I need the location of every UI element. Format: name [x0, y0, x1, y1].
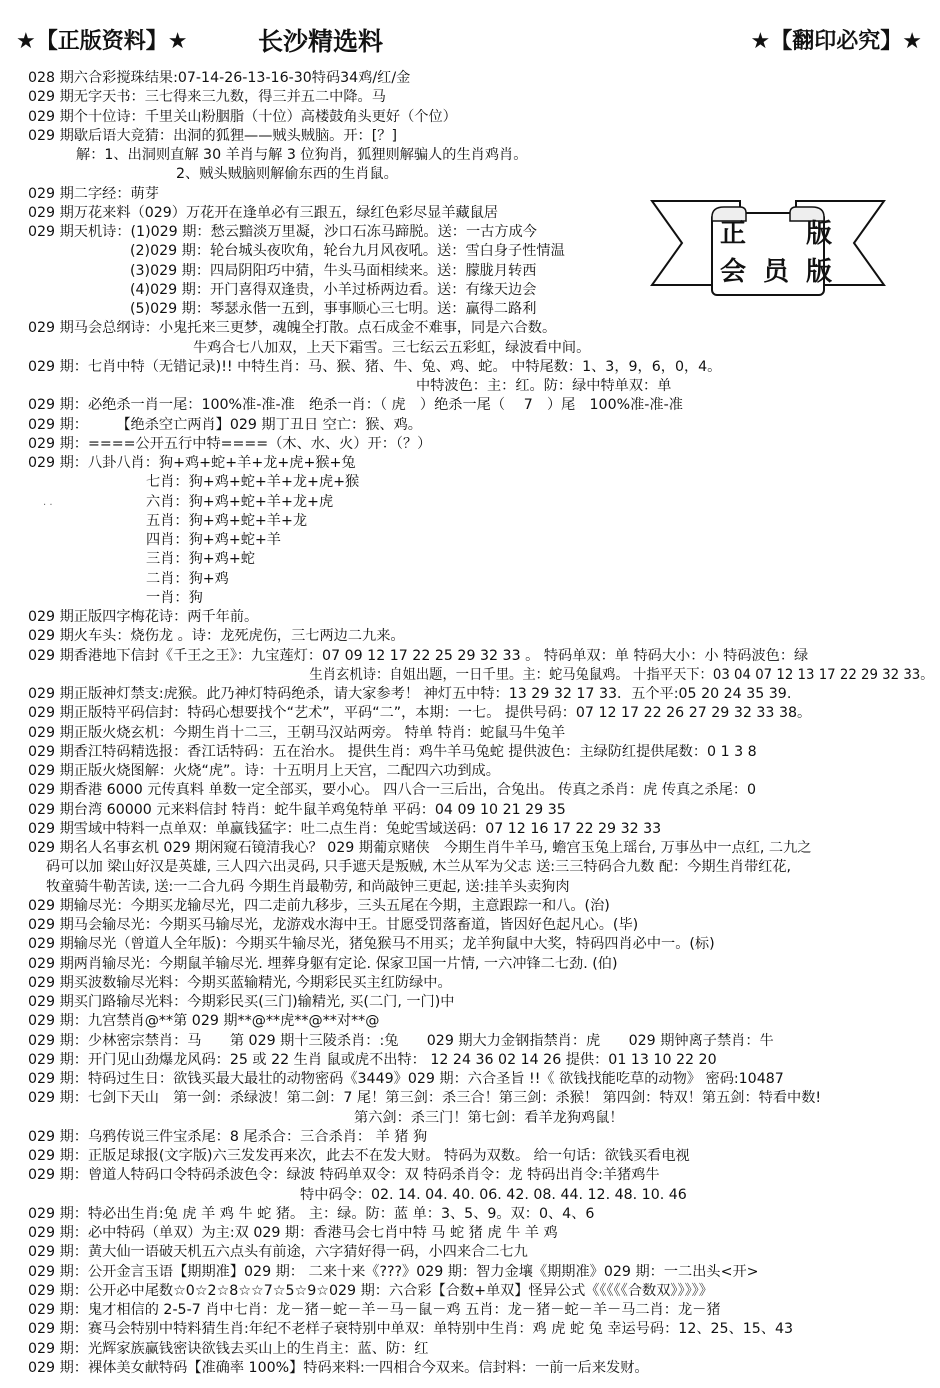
text-line: 第六剑：杀三门！第七剑：看羊龙狗鸡鼠！	[28, 1109, 933, 1128]
text-line: 029 期买波数输尽光料：今期买蓝输精光, 今期彩民买主红防绿中。	[28, 974, 933, 993]
text-line: 五肖：狗+鸡+蛇+羊+龙	[28, 512, 933, 531]
header-right-tag: ★【翻印必究】★	[751, 24, 922, 55]
text-line: 029 期正版特平码信封：特码心想要找个“艺术”，平码“二”，本期：一七。 提供…	[28, 704, 933, 723]
text-line: 029 期输尽光（曾道人全年版)：今期买牛输尽光，猪兔猴马不用买；龙羊狗鼠中大奖…	[28, 935, 933, 954]
text-line: 029 期香港地下信封《千王之王》：九宝莲灯：07 09 12 17 22 25…	[28, 647, 933, 666]
text-line: 一肖：狗	[28, 589, 933, 608]
text-line: 029 期：必绝杀一肖一尾：100%准-准-准 绝杀一肖：（ 虎 ）绝杀一尾（ …	[28, 396, 933, 415]
text-line: 029 期：公开金言玉语【期期准】029 期： 二来十来《???》029 期：智…	[28, 1263, 933, 1282]
text-line: 029 期买门路输尽光料：今期彩民买(三门)输精光, 买(二门, 一门)中	[28, 993, 933, 1012]
text-line: 中特波色：主：红。防：绿中特单双：单	[28, 377, 933, 396]
text-line: 029 期台湾 60000 元来料信封 特肖：蛇牛鼠羊鸡兔特单 平码：04 09…	[28, 801, 933, 820]
text-line: 028 期六合彩搅珠结果:07-14-26-13-16-30特码34鸡/红/金	[28, 69, 933, 88]
text-line: 029 期天机诗：(1)029 期：愁云黯淡万里凝，沙口石冻马蹄脱。送：一古方成…	[28, 223, 933, 242]
text-line: 029 期：八卦八肖：狗+鸡+蛇+羊+龙+虎+猴+兔	[28, 454, 933, 473]
text-line: (3)029 期：四局阴阳巧中猜，牛头马面相续来。送：朦胧月转西	[28, 262, 933, 281]
text-line: 029 期正版火烧玄机：今期生肖十二三，王朝马汉站两旁。 特单 特肖：蛇鼠马牛兔…	[28, 724, 933, 743]
text-line: 029 期：七剑下天山 第一剑：杀绿波！第二剑：7 尾！第三剑：杀三合！第三剑：…	[28, 1089, 933, 1108]
text-line: 029 期个十位诗：千里关山粉胭脂（十位）高楼鼓角头更好（个位）	[28, 108, 933, 127]
text-line: 029 期万花来料（029）万花开在逢单必有三跟五，绿红色彩尽显羊藏鼠居	[28, 204, 933, 223]
text-line: 029 期歇后语大竞猜：出洞的狐狸——贼头贼脑。开：[？]	[28, 127, 933, 146]
text-line: 生肖玄机诗：自姐出题，一日千里。主：蛇马兔鼠鸡。 十指平天下：03 04 07 …	[28, 666, 877, 685]
text-line: 029 期马会输尽光：今期买马输尽光，龙游戏水海中王。甘愿受罚落畜道，皆因好色起…	[28, 916, 933, 935]
text-line: 三肖：狗+鸡+蛇	[28, 550, 933, 569]
text-line: 029 期：公开必中尾数☆0☆2☆8☆☆7☆5☆9☆029 期：六合彩【合数+单…	[28, 1282, 933, 1301]
text-line: 029 期：七肖中特（无错记录)!! 中特生肖：马、猴、猪、牛、兔、鸡、蛇。 中…	[28, 358, 933, 377]
text-line: 解：1、出洞则直解 30 羊肖与解 3 位狗肖，狐狸则解骗人的生肖鸡肖。	[28, 146, 933, 165]
text-line: 029 期无字天书：三七得来三九数，得三并五二中降。马	[28, 88, 933, 107]
text-line: 码可以加 梁山好汉是英雄, 三人四六出灵码, 只手遮天是叛贼, 木兰从军为父志 …	[28, 858, 933, 877]
text-line: 029 期正版火烧图解：火烧“虎”。诗：十五明月上天宫，二配四六功到成。	[28, 762, 933, 781]
text-line: (4)029 期：开门喜得双逢贵，小羊过桥两边看。送：有缘天边会	[28, 281, 933, 300]
text-line: 029 期：必中特码（单双）为主:双 029 期：香港马会七肖中特 马 蛇 猪 …	[28, 1224, 933, 1243]
text-line: 029 期：光辉家族赢钱密诀欲钱去买山上的生肖主：蓝、防：红	[28, 1340, 933, 1359]
text-line: 牛鸡合七八加双，上天下霜雪。三七纭云五彩虹，绿波看中间。	[28, 339, 933, 358]
text-line: 029 期：特必出生肖:兔 虎 羊 鸡 牛 蛇 猪。 主：绿。防：蓝 单：3、5…	[28, 1205, 933, 1224]
text-line: 029 期正版神灯禁支:虎猴。此乃神灯特码绝杀，请大家参考！ 神灯五中特：13 …	[28, 685, 933, 704]
text-line: 029 期雪域中特料一点单双：单赢钱猛字：吐二点生肖：兔蛇雪域送码：07 12 …	[28, 820, 933, 839]
text-line: 029 期：正版足球报(文字版)六三发发再来次，此去不在发大财。 特码为双数。 …	[28, 1147, 933, 1166]
text-line: 029 期两肖输尽光：今期鼠羊输尽光. 埋葬身躯有定论. 保家卫国一片情, 一六…	[28, 955, 933, 974]
text-line: 七肖：狗+鸡+蛇+羊+龙+虎+猴	[28, 473, 933, 492]
text-line: 029 期：黄大仙一语破天机五六点头有前途，六字猜好得一码，小四来合二七九	[28, 1243, 933, 1262]
text-line: 029 期：裸体美女献特码【准确率 100%】特码来料:一四相合今双来。信封料：…	[28, 1359, 933, 1378]
text-line: 029 期香江特码精选报：香江话特码：五在治水。 提供生肖：鸡牛羊马兔蛇 提供波…	[28, 743, 933, 762]
text-line: 029 期：少林密宗禁肖：马 第 029 期十三陵杀肖：:兔 029 期大力金钢…	[28, 1032, 933, 1051]
text-line: 029 期名人名事玄机 029 期闲窥石镜清我心？ 029 期葡京赌侠 今期生肖…	[28, 839, 933, 858]
document-body: 028 期六合彩搅珠结果:07-14-26-13-16-30特码34鸡/红/金0…	[28, 69, 933, 1378]
text-line: 029 期： 【绝杀空亡两肖】029 期丁丑日 空亡：猴、鸡。	[28, 416, 933, 435]
text-line: 029 期二字经：萌芽	[28, 185, 933, 204]
text-line: 029 期香港 6000 元传真料 单数一定全部买，要小心。 四八合一三后出，合…	[28, 781, 933, 800]
text-line: 特中码令：02. 14. 04. 40. 06. 42. 08. 44. 12.…	[28, 1186, 933, 1205]
text-line: (5)029 期：琴瑟永偕一五到，事事顺心三七明。送：赢得二路利	[28, 300, 933, 319]
text-line: 029 期：乌鸦传说三件宝杀尾：8 尾杀合：三合杀肖： 羊 猪 狗	[28, 1128, 933, 1147]
text-line: (2)029 期：轮台城头夜吹角，轮台九月风夜吼。送：雪白身子性情温	[28, 242, 933, 261]
text-line: 二肖：狗+鸡	[28, 570, 933, 589]
text-line: 029 期：特码过生日：欲钱买最大最壮的动物密码《3449》029 期：六合圣旨…	[28, 1070, 933, 1089]
text-line: 029 期输尽光：今期买龙输尽光，四二走前九移步，三头五尾在今期，主意跟踪一和八…	[28, 897, 933, 916]
page-header: ★【正版资料】★ 长沙精选料 ★【翻印必究】★	[0, 22, 940, 56]
text-line: 029 期：曾道人特码口令特码杀波色令：绿波 特码单双令：双 特码杀肖令：龙 特…	[28, 1166, 933, 1185]
text-line: 029 期马会总纲诗：小鬼托来三更梦，魂魄全打散。点石成金不难事，同是六合数。	[28, 319, 933, 338]
text-line: 029 期：====公开五行中特====（木、水、火）开：（？）	[28, 435, 933, 454]
text-line: 四肖：狗+鸡+蛇+羊	[28, 531, 933, 550]
text-line: 2、贼头贼脑则解偷东西的生肖鼠。	[28, 165, 933, 184]
text-line: 029 期火车头：烧伤龙 。诗：龙死虎伤，三七两边二九来。	[28, 627, 933, 646]
text-line: 029 期：九宫禁肖@**第 029 期**@**虎**@**对**@	[28, 1012, 933, 1031]
text-line: 牧童骑牛勒苦读, 送:一二合九码 今期生肖最勒劳, 和尚敲钟三更起, 送:挂羊头…	[28, 878, 933, 897]
text-line: 六肖：狗+鸡+蛇+羊+龙+虎	[28, 493, 933, 512]
text-line: 029 期正版四字梅花诗：两千年前。	[28, 608, 933, 627]
text-line: 029 期：赛马会特别中特料猜生肖:年纪不老样子衰特别中单双：单特别中生肖：鸡 …	[28, 1320, 933, 1339]
text-line: 029 期：鬼才相信的 2-5-7 肖中七肖：龙－猪－蛇－羊－马－鼠－鸡 五肖：…	[28, 1301, 933, 1320]
page-title: 长沙精选料	[258, 22, 383, 58]
header-left-tag: ★【正版资料】★	[16, 24, 187, 55]
text-line: 029 期：开门见山劲爆龙风码：25 或 22 生肖 鼠或虎不出特： 12 24…	[28, 1051, 933, 1070]
